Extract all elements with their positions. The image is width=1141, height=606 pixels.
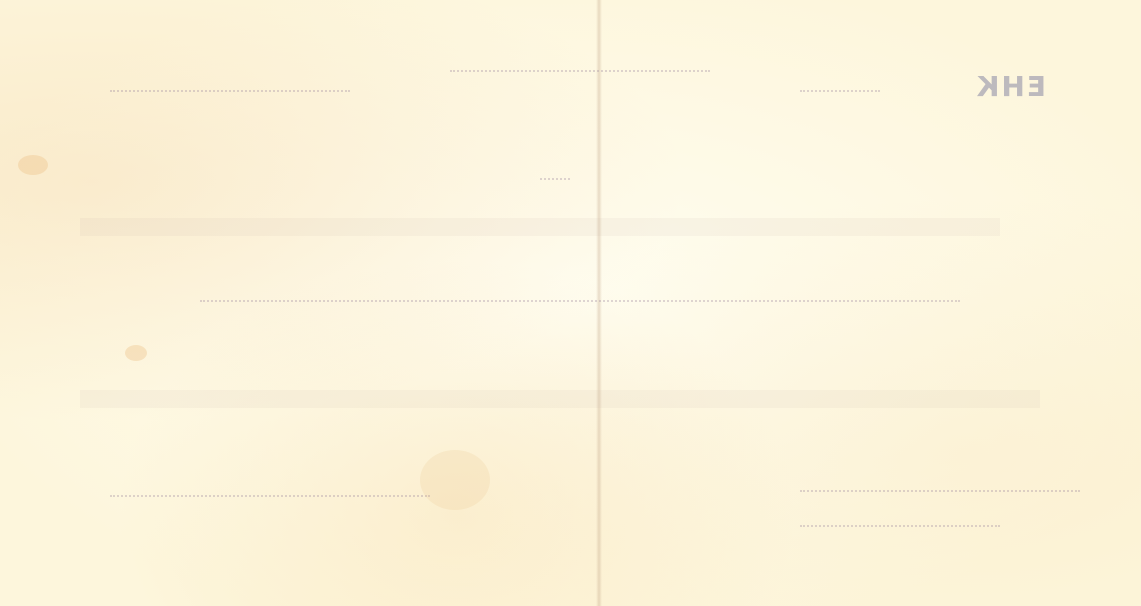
bleed-line-5 (200, 300, 960, 302)
bleed-line-3 (800, 90, 880, 92)
stain (125, 345, 147, 361)
bleed-line-7 (800, 490, 1080, 492)
paper-sheet: ЕНК (0, 0, 1141, 606)
bleed-line-8 (800, 525, 1000, 527)
bleed-line-6 (110, 495, 430, 497)
stain (18, 155, 48, 175)
bleed-heading-1 (80, 218, 1000, 236)
fold-crease (596, 0, 602, 606)
bleed-heading-2 (80, 390, 1040, 408)
stain (420, 450, 490, 510)
bleed-line-4 (540, 178, 570, 180)
bleed-line-2 (450, 70, 710, 72)
bleed-line-1 (110, 90, 350, 92)
stamp-mark: ЕНК (946, 70, 1046, 110)
